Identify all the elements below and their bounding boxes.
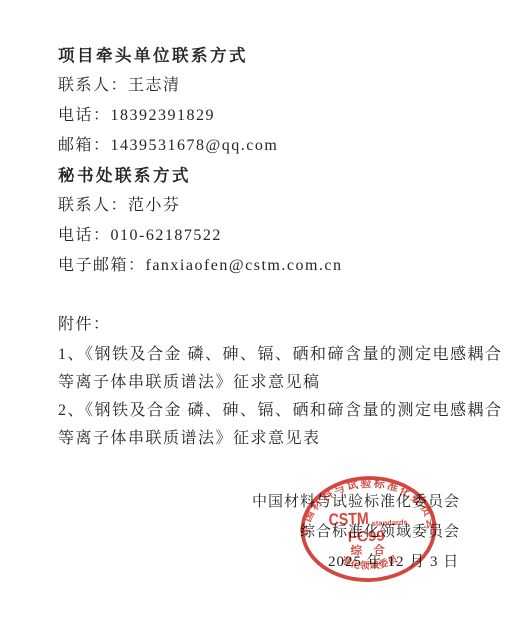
attachment-item-2-line-1: 2、《钢铁及合金 磷、砷、镉、硒和碲含量的测定电感耦合 [58,401,503,421]
cstm-official-seal-icon: 中国材料与试验标准化委员会 CSTM standards FC99 综 合 标准… [294,469,444,588]
seal-acronym-text: CSTM [328,509,369,529]
secretariat-contact-email: 电子邮箱：fanxiaofen@cstm.com.cn [58,256,343,276]
lead-contact-person: 联系人：王志清 [58,76,181,96]
secretariat-contact-phone: 电话：010-62187522 [58,226,222,246]
seal-center-label-text: 综 合 [350,542,389,557]
attachment-item-2-line-2: 等离子体串联质谱法》征求意见表 [58,429,321,449]
lead-contact-heading: 项目牵头单位联系方式 [58,46,248,66]
document-page: 项目牵头单位联系方式 联系人：王志清 电话：18392391829 邮箱：143… [0,0,528,625]
attachment-item-1-line-2: 等离子体串联质谱法》征求意见稿 [58,373,321,393]
secretariat-contact-person: 联系人：范小芬 [58,196,181,216]
secretariat-contact-heading: 秘书处联系方式 [58,166,191,186]
lead-contact-phone: 电话：18392391829 [58,106,215,126]
lead-contact-email: 邮箱：1439531678@qq.com [58,136,278,156]
attachments-heading: 附件： [58,315,111,335]
attachment-item-1-line-1: 1、《钢铁及合金 磷、砷、镉、硒和碲含量的测定电感耦合 [58,345,503,365]
seal-acronym-suffix-text: standards [372,518,408,528]
seal-code-text: FC99 [348,528,386,545]
